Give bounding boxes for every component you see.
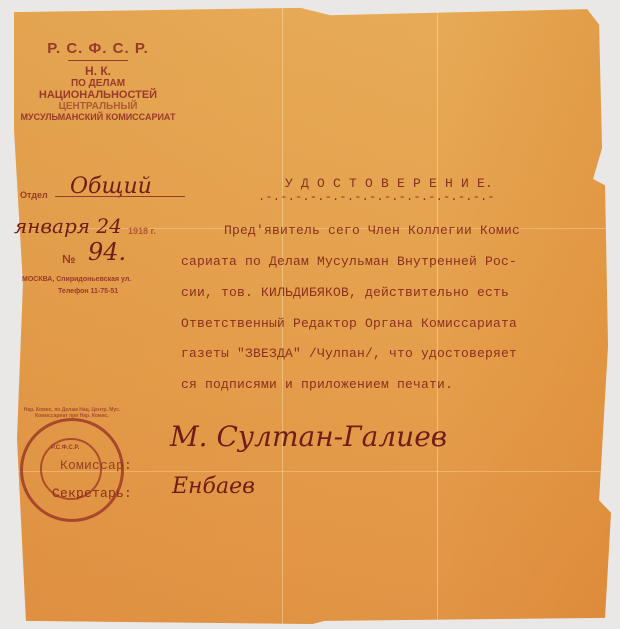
dept-label: Отдел	[20, 190, 48, 200]
number-label: №	[62, 252, 75, 266]
body-line: Ответственный Редактор Органа Комиссариа…	[181, 316, 517, 331]
letterhead-line: Р. С. Ф. С. Р.	[18, 40, 178, 57]
secretary-label: Секретарь:	[52, 486, 132, 501]
year-label: 1918 г.	[128, 226, 156, 236]
dept-underline	[55, 196, 185, 197]
fold-line	[282, 6, 283, 624]
letterhead-stamp: Р. С. Ф. С. Р. Н. К. ПО ДЕЛАМ НАЦИОНАЛЬН…	[18, 40, 178, 122]
chairman-signature: М. Султан-Галиев	[170, 420, 447, 453]
title-underline: .-.-.-.-.-.-.-.-.-.-.-.-.-.-.-.-	[258, 190, 495, 204]
letterhead-line: НАЦИОНАЛЬНОСТЕЙ	[18, 89, 178, 101]
phone: Телефон 11-75-51	[58, 288, 118, 295]
seal-outer-text: Нар. Комис. по Делам Нац. Центр. Мус. Ко…	[17, 407, 127, 419]
document-title: У Д О С Т О В Е Р Е Н И Е.	[285, 176, 493, 191]
chairman-label: Комиссар:	[60, 458, 132, 473]
date-value: января 24	[14, 214, 122, 238]
letterhead-line: МУСУЛЬМАНСКИЙ КОМИССАРИАТ	[18, 112, 178, 122]
seal-inner-text: Р.С.Ф.С.Р.	[51, 445, 79, 451]
body-line: сии, тов. КИЛЬДИБЯКОВ, действительно ест…	[181, 285, 509, 300]
letterhead-line: ЦЕНТРАЛЬНЫЙ	[18, 101, 178, 112]
letterhead-line: ПО ДЕЛАМ	[18, 78, 178, 89]
body-line: газеты "ЗВЕЗДА" /Чулпан/, что удостоверя…	[181, 346, 517, 361]
secretary-signature: Енбаев	[172, 474, 255, 499]
fold-line	[437, 6, 438, 624]
divider	[68, 60, 128, 61]
body-line: ся подписями и приложением печати.	[181, 377, 453, 392]
address: МОСКВА, Спиридоньевская ул.	[22, 276, 131, 283]
body-line: сариата по Делам Мусульман Внутренней Ро…	[181, 254, 517, 269]
number-value: 94.	[88, 238, 126, 266]
letterhead-line: Н. К.	[18, 64, 178, 78]
body-line: Пред'явитель сего Член Коллегии Комис	[192, 223, 520, 238]
